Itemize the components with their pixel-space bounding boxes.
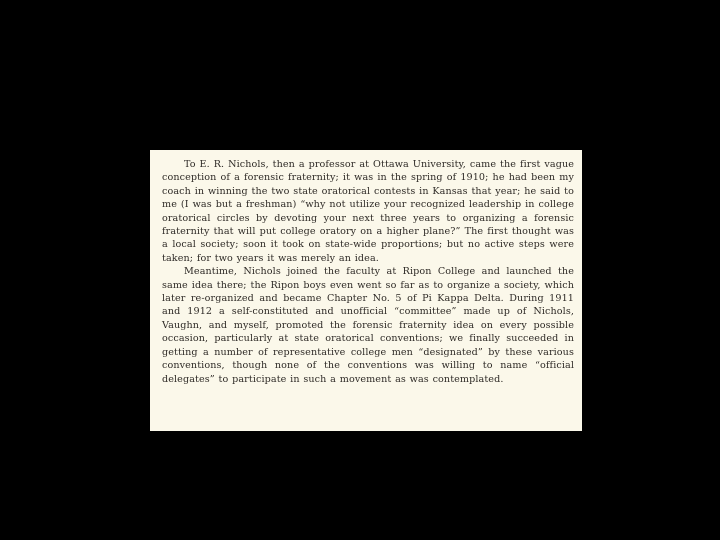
paragraph-2: Meantime, Nichols joined the faculty at … [162, 265, 574, 386]
paragraph-1: To E. R. Nichols, then a professor at Ot… [162, 158, 574, 265]
scanned-page: To E. R. Nichols, then a professor at Ot… [150, 150, 582, 431]
